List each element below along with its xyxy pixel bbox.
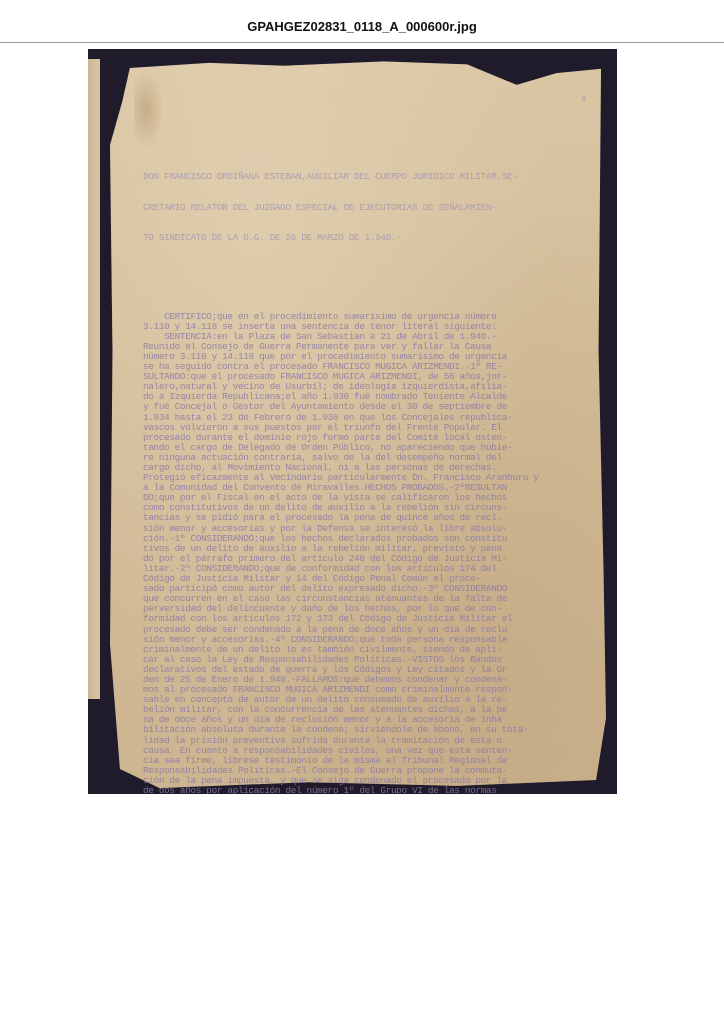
document-scan: 6 DON FRANCISCO ORDIÑANA ESTEBAN,AUXILIA… [88,49,617,794]
adjacent-page-edge [88,59,100,699]
body-line: de dos años por aplicación del número 1º… [143,786,563,794]
header-divider [0,42,724,43]
file-title: GPAHGEZ02831_0118_A_000600r.jpg [0,19,724,34]
header-line: TO SINDICATO DE LA O.G. DE 26 DE MARZO D… [143,233,563,243]
typewritten-text: DON FRANCISCO ORDIÑANA ESTEBAN,AUXILIAR … [143,132,563,794]
page-number: 6 [581,95,586,104]
certificate-header: DON FRANCISCO ORDIÑANA ESTEBAN,AUXILIAR … [143,152,563,263]
header-line: DON FRANCISCO ORDIÑANA ESTEBAN,AUXILIAR … [143,172,563,182]
certificate-body: CERTIFICO;que en el procedimiento sumari… [143,312,563,794]
header-line: CRETARIO RELATOR DEL JUZGADO ESPECIAL DE… [143,203,563,213]
body-line: formidad con los artículos 172 y 173 del… [143,614,563,624]
